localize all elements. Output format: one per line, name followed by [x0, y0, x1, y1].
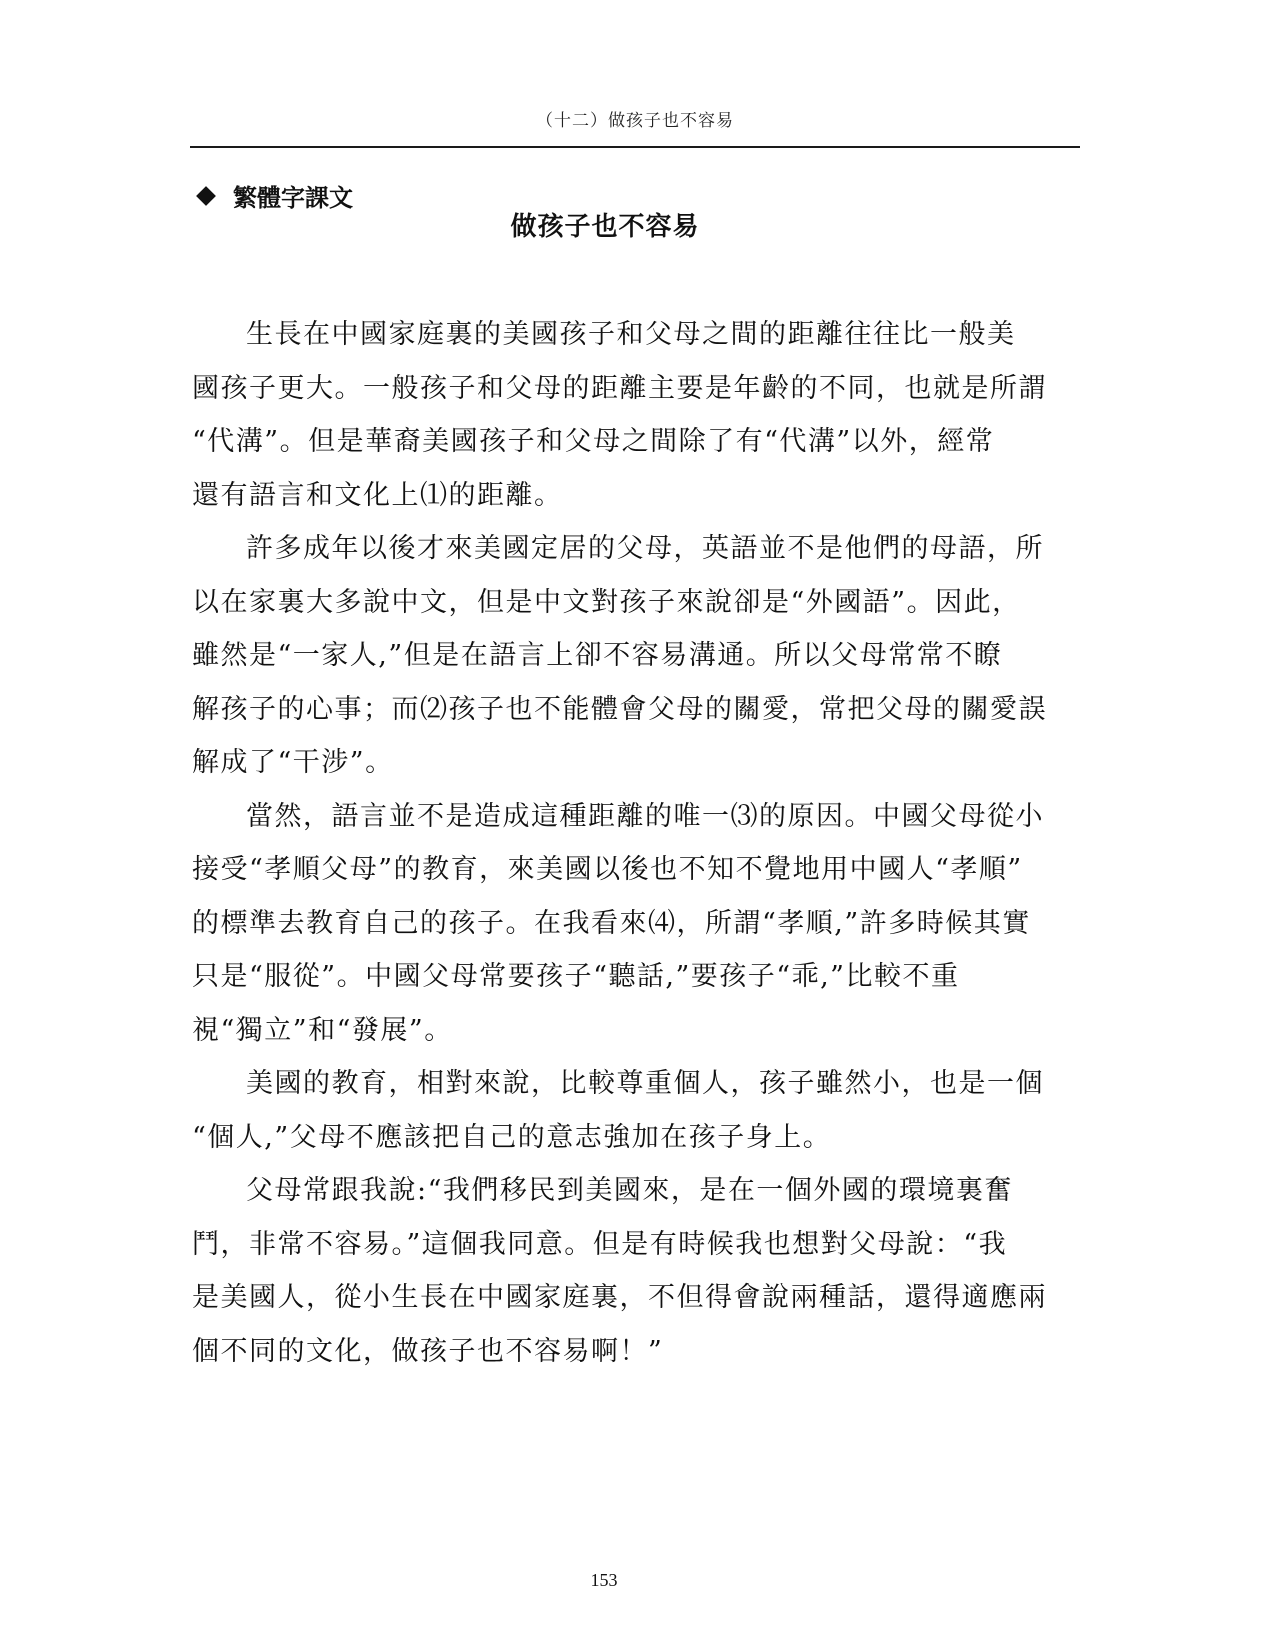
text-line: 只是“服從”。中國父母常要孩子“聽話,”要孩子“乖,”比較不重: [192, 950, 1022, 1004]
paragraph-3: 當然，語言並不是造成這種距離的唯一⑶的原因。中國父母從小 接受“孝順父母”的教育…: [192, 790, 1022, 1058]
paragraph-2: 許多成年以後才來美國定居的父母，英語並不是他們的母語，所 以在家裏大多說中文，但…: [192, 522, 1022, 790]
text-line: 美國的教育，相對來說，比較尊重個人，孩子雖然小，也是一個: [192, 1057, 1022, 1111]
text-line: 是美國人，從小生長在中國家庭裏，不但得會說兩種話，還得適應兩: [192, 1271, 1022, 1325]
paragraph-5: 父母常跟我說:“我們移民到美國來，是在一個外國的環境裏奮 鬥，非常不容易。”這個…: [192, 1164, 1022, 1378]
text-line: 以在家裏大多說中文，但是中文對孩子來說卻是“外國語”。因此，: [192, 576, 1022, 630]
running-header: （十二）做孩子也不容易: [190, 106, 1080, 131]
black-diamond-icon: [195, 185, 217, 207]
text-line: 生長在中國家庭裏的美國孩子和父母之間的距離往往比一般美: [192, 308, 1022, 362]
lesson-title: 做孩子也不容易: [190, 206, 1020, 243]
page-number: 153: [0, 1570, 1208, 1591]
text-line: 鬥，非常不容易。”這個我同意。但是有時候我也想對父母說：“我: [192, 1218, 1022, 1272]
text-line: 國孩子更大。一般孩子和父母的距離主要是年齡的不同，也就是所謂: [192, 362, 1022, 416]
header-divider: [190, 146, 1080, 148]
text-line: 接受“孝順父母”的教育，來美國以後也不知不覺地用中國人“孝順”: [192, 843, 1022, 897]
text-line: 的標準去教育自己的孩子。在我看來⑷，所謂“孝順,”許多時候其實: [192, 897, 1022, 951]
text-line: 雖然是“一家人,”但是在語言上卻不容易溝通。所以父母常常不瞭: [192, 629, 1022, 683]
text-line: 解孩子的心事；而⑵孩子也不能體會父母的關愛，常把父母的關愛誤: [192, 683, 1022, 737]
lesson-body: 生長在中國家庭裏的美國孩子和父母之間的距離往往比一般美 國孩子更大。一般孩子和父…: [192, 308, 1022, 1378]
text-line: 父母常跟我說:“我們移民到美國來，是在一個外國的環境裏奮: [192, 1164, 1022, 1218]
text-line: “代溝”。但是華裔美國孩子和父母之間除了有“代溝”以外，經常: [192, 415, 1022, 469]
text-line: 還有語言和文化上⑴的距離。: [192, 469, 1022, 523]
text-line: 視“獨立”和“發展”。: [192, 1004, 1022, 1058]
paragraph-1: 生長在中國家庭裏的美國孩子和父母之間的距離往往比一般美 國孩子更大。一般孩子和父…: [192, 308, 1022, 522]
text-line: 個不同的文化，做孩子也不容易啊！”: [192, 1325, 1022, 1379]
text-line: 解成了“干涉”。: [192, 736, 1022, 790]
text-line: “個人,”父母不應該把自己的意志強加在孩子身上。: [192, 1111, 1022, 1165]
text-line: 當然，語言並不是造成這種距離的唯一⑶的原因。中國父母從小: [192, 790, 1022, 844]
document-page: （十二）做孩子也不容易 繁體字課文 做孩子也不容易 生長在中國家庭裏的美國孩子和…: [0, 0, 1275, 1650]
text-line: 許多成年以後才來美國定居的父母，英語並不是他們的母語，所: [192, 522, 1022, 576]
paragraph-4: 美國的教育，相對來說，比較尊重個人，孩子雖然小，也是一個 “個人,”父母不應該把…: [192, 1057, 1022, 1164]
